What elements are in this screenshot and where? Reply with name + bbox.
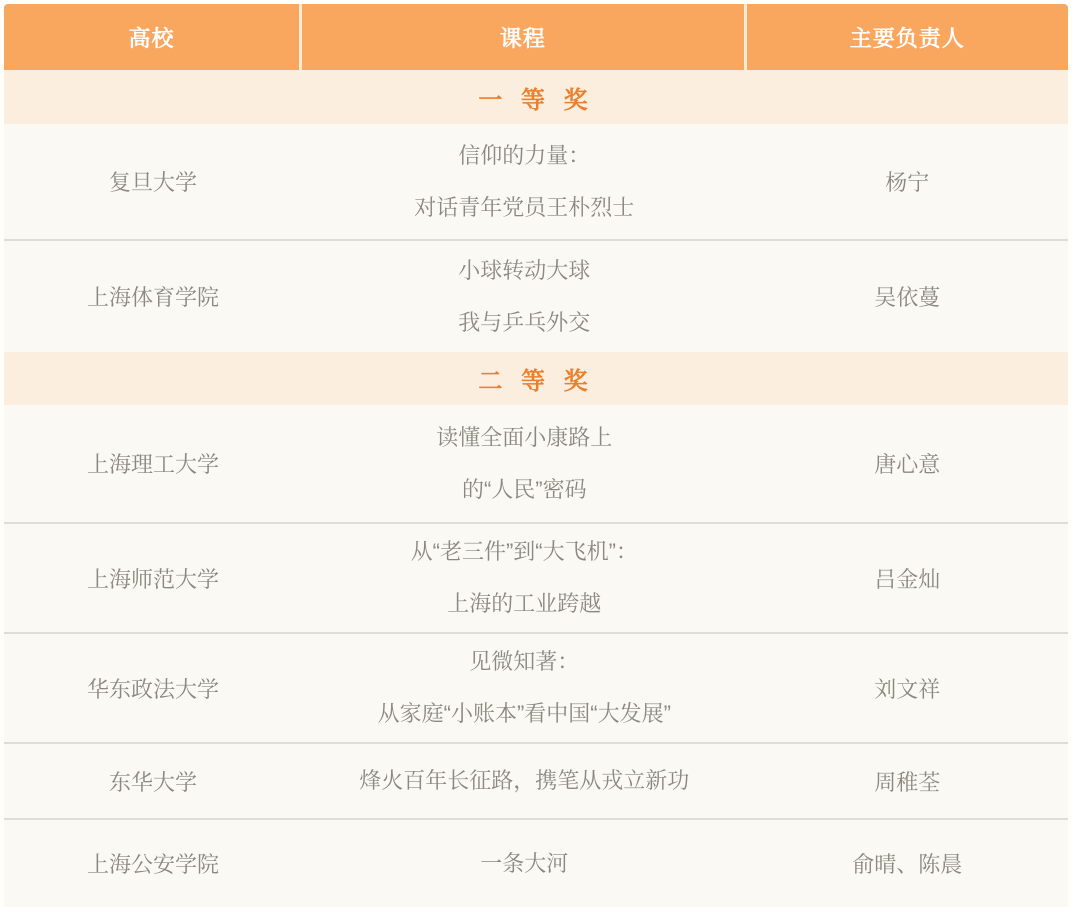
course-line: 信仰的力量： xyxy=(414,130,634,182)
course-cell: 从“老三件”到“大飞机”： 上海的工业跨越 xyxy=(302,524,747,632)
section-band-second-prize: 二 等 奖 xyxy=(4,352,1068,405)
leader-cell: 唐心意 xyxy=(747,405,1068,522)
course-line: 从家庭“小账本”看中国“大发展” xyxy=(378,688,671,740)
leader-cell: 周稚荃 xyxy=(747,744,1068,818)
table-row: 上海理工大学 读懂全面小康路上 的“人民”密码 唐心意 xyxy=(4,405,1068,522)
course-cell: 一条大河 xyxy=(302,820,747,907)
section-title-second-prize: 二 等 奖 xyxy=(478,361,593,396)
table-row: 华东政法大学 见微知著： 从家庭“小账本”看中国“大发展” 刘文祥 xyxy=(4,632,1068,742)
table-row: 复旦大学 信仰的力量： 对话青年党员王朴烈士 杨宁 xyxy=(4,124,1068,239)
course-line: 我与乒乓外交 xyxy=(458,297,590,349)
leader-cell: 杨宁 xyxy=(747,124,1068,239)
course-line: 小球转动大球 xyxy=(458,245,590,297)
section-title-first-prize: 一 等 奖 xyxy=(478,80,593,115)
table-row: 上海师范大学 从“老三件”到“大飞机”： 上海的工业跨越 吕金灿 xyxy=(4,522,1068,632)
leader-cell: 吴依蔓 xyxy=(747,241,1068,352)
column-header-school: 高校 xyxy=(4,4,302,70)
school-cell: 复旦大学 xyxy=(4,124,302,239)
table-row: 东华大学 烽火百年长征路，携笔从戎立新功 周稚荃 xyxy=(4,742,1068,818)
second-prize-rows: 上海理工大学 读懂全面小康路上 的“人民”密码 唐心意 上海师范大学 从“老三件… xyxy=(4,405,1068,907)
course-cell: 烽火百年长征路，携笔从戎立新功 xyxy=(302,744,747,818)
course-line: 烽火百年长征路，携笔从戎立新功 xyxy=(359,755,689,807)
course-line: 从“老三件”到“大飞机”： xyxy=(411,526,638,578)
course-line: 见微知著： xyxy=(378,636,671,688)
course-cell: 见微知著： 从家庭“小账本”看中国“大发展” xyxy=(302,634,747,742)
column-header-course: 课程 xyxy=(302,4,747,70)
course-cell: 小球转动大球 我与乒乓外交 xyxy=(302,241,747,352)
course-line: 一条大河 xyxy=(480,838,568,890)
course-line: 读懂全面小康路上 xyxy=(436,412,612,464)
course-cell: 读懂全面小康路上 的“人民”密码 xyxy=(302,405,747,522)
course-cell: 信仰的力量： 对话青年党员王朴烈士 xyxy=(302,124,747,239)
school-cell: 上海理工大学 xyxy=(4,405,302,522)
school-cell: 东华大学 xyxy=(4,744,302,818)
leader-cell: 俞晴、陈晨 xyxy=(747,820,1068,907)
table-row: 上海体育学院 小球转动大球 我与乒乓外交 吴依蔓 xyxy=(4,239,1068,352)
school-cell: 华东政法大学 xyxy=(4,634,302,742)
school-cell: 上海体育学院 xyxy=(4,241,302,352)
column-header-leader: 主要负责人 xyxy=(747,4,1068,70)
table-row: 上海公安学院 一条大河 俞晴、陈晨 xyxy=(4,818,1068,907)
leader-cell: 吕金灿 xyxy=(747,524,1068,632)
table-header-row: 高校 课程 主要负责人 xyxy=(4,4,1068,70)
course-line: 的“人民”密码 xyxy=(436,464,612,516)
course-line: 对话青年党员王朴烈士 xyxy=(414,182,634,234)
first-prize-rows: 复旦大学 信仰的力量： 对话青年党员王朴烈士 杨宁 上海体育学院 小球转动大球 … xyxy=(4,124,1068,352)
school-cell: 上海师范大学 xyxy=(4,524,302,632)
course-line: 上海的工业跨越 xyxy=(411,578,638,630)
section-band-first-prize: 一 等 奖 xyxy=(4,70,1068,124)
school-cell: 上海公安学院 xyxy=(4,820,302,907)
leader-cell: 刘文祥 xyxy=(747,634,1068,742)
award-table: 高校 课程 主要负责人 一 等 奖 复旦大学 信仰的力量： 对话青年党员王朴烈士… xyxy=(4,4,1068,907)
